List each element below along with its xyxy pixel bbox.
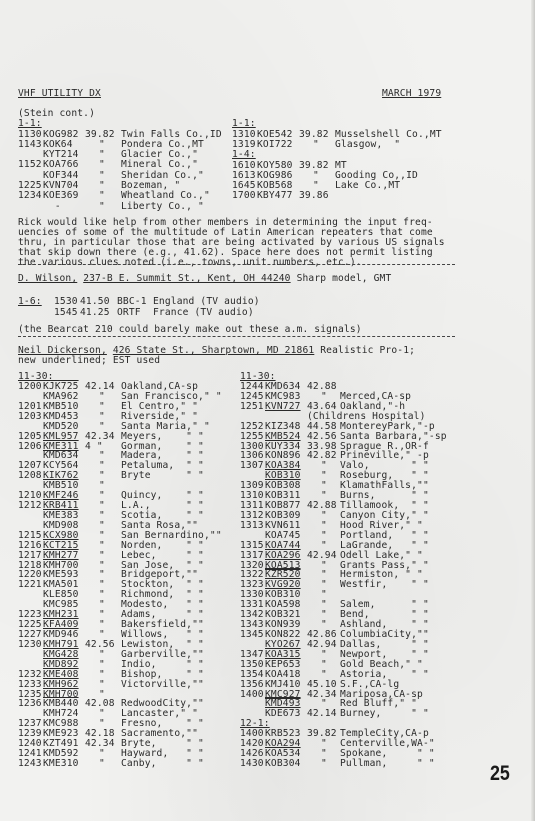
wilson-equipment: Sharp model, GMT	[297, 273, 392, 284]
newsletter-section-title: VHF UTILITY DX	[18, 88, 101, 99]
log-frequency: "	[321, 758, 327, 769]
log-frequency: 39.86	[299, 190, 329, 201]
log-time: 1307	[240, 460, 264, 471]
log-frequency: 41.25	[80, 307, 110, 318]
log-time: 1230	[18, 639, 42, 650]
log-location: Burney, " "	[340, 708, 429, 719]
log-station: ORTF	[117, 307, 147, 318]
log-frequency: "	[99, 201, 105, 212]
log-location: Lake Co.,MT	[335, 180, 400, 191]
log-location: Bryte " "	[121, 470, 204, 481]
wilson-name: D. Wilson,	[18, 273, 77, 284]
issue-date-text: MARCH 1979	[382, 88, 441, 99]
paragraph-line: the various clues noted (i.e., towns, un…	[18, 257, 362, 268]
log-date-label: 1-4:	[232, 149, 256, 160]
log-frequency: "	[99, 758, 105, 769]
log-callsign: KVN727	[265, 401, 301, 412]
log-time: 1152	[18, 159, 42, 170]
log-location: Liberty Co., "	[121, 201, 204, 212]
log-time: 1700	[232, 190, 256, 201]
log-time: 1251	[240, 401, 264, 412]
log-date-label: 1-1:	[18, 118, 42, 129]
log-time: 1221	[18, 579, 42, 590]
log-time: 1400	[240, 689, 264, 700]
page-number: 25	[490, 762, 510, 786]
log-callsign: KME310	[43, 758, 79, 769]
log-frequency: "	[313, 139, 319, 150]
issue-date: MARCH 1979	[382, 88, 441, 99]
log-time: 1234	[18, 190, 42, 201]
log-time: 1208	[18, 470, 42, 481]
wilson-header: D. Wilson, 237-B E. Summit St., Kent, OH…	[18, 273, 391, 284]
section-title-text: VHF UTILITY DX	[18, 88, 101, 99]
log-location: Victorville,""	[121, 679, 204, 690]
wilson-address: 237-B E. Summit St., Kent, OH 44240	[83, 273, 290, 284]
log-time: 1530	[54, 296, 78, 307]
log-callsign: KOI722	[257, 139, 293, 150]
log-time: 1430	[240, 758, 264, 769]
log-time: 1243	[18, 758, 42, 769]
log-time: 1200	[18, 381, 42, 392]
log-location: England (TV audio)	[153, 296, 260, 307]
log-location: Westfir, " "	[340, 579, 429, 590]
log-time: 1212	[18, 500, 42, 511]
log-location: Pullman, " "	[340, 758, 435, 769]
log-time: 1236	[18, 698, 42, 709]
log-time: 1345	[240, 629, 264, 640]
log-time: 1206	[18, 441, 42, 452]
log-frequency: 42.14	[307, 708, 337, 719]
wilson-note: (the Bearcat 210 could barely make out t…	[18, 324, 362, 335]
log-time: 1203	[18, 411, 42, 422]
log-frequency: 41.50	[80, 296, 110, 307]
log-callsign: -	[43, 201, 61, 212]
log-time: 1143	[18, 139, 42, 150]
log-location: Glasgow, "	[335, 139, 400, 150]
divider	[18, 264, 455, 265]
log-callsign: KDE673	[265, 708, 301, 719]
dickerson-note: new underlined; EST used	[18, 355, 160, 366]
log-location: Canby, " "	[121, 758, 204, 769]
log-callsign: KOB304	[265, 758, 301, 769]
log-date-label: 1-6:	[18, 296, 42, 307]
log-station: BBC-1	[117, 296, 147, 307]
log-date-label: 1-1:	[232, 118, 256, 129]
page-edge-shadow	[531, 0, 535, 821]
log-time: 1545	[54, 307, 78, 318]
divider	[18, 336, 455, 337]
log-callsign: KBY477	[257, 190, 293, 201]
log-time: 1313	[240, 520, 264, 531]
log-location: France (TV audio)	[153, 307, 254, 318]
dickerson-equipment: Realistic Pro-1;	[320, 345, 415, 356]
